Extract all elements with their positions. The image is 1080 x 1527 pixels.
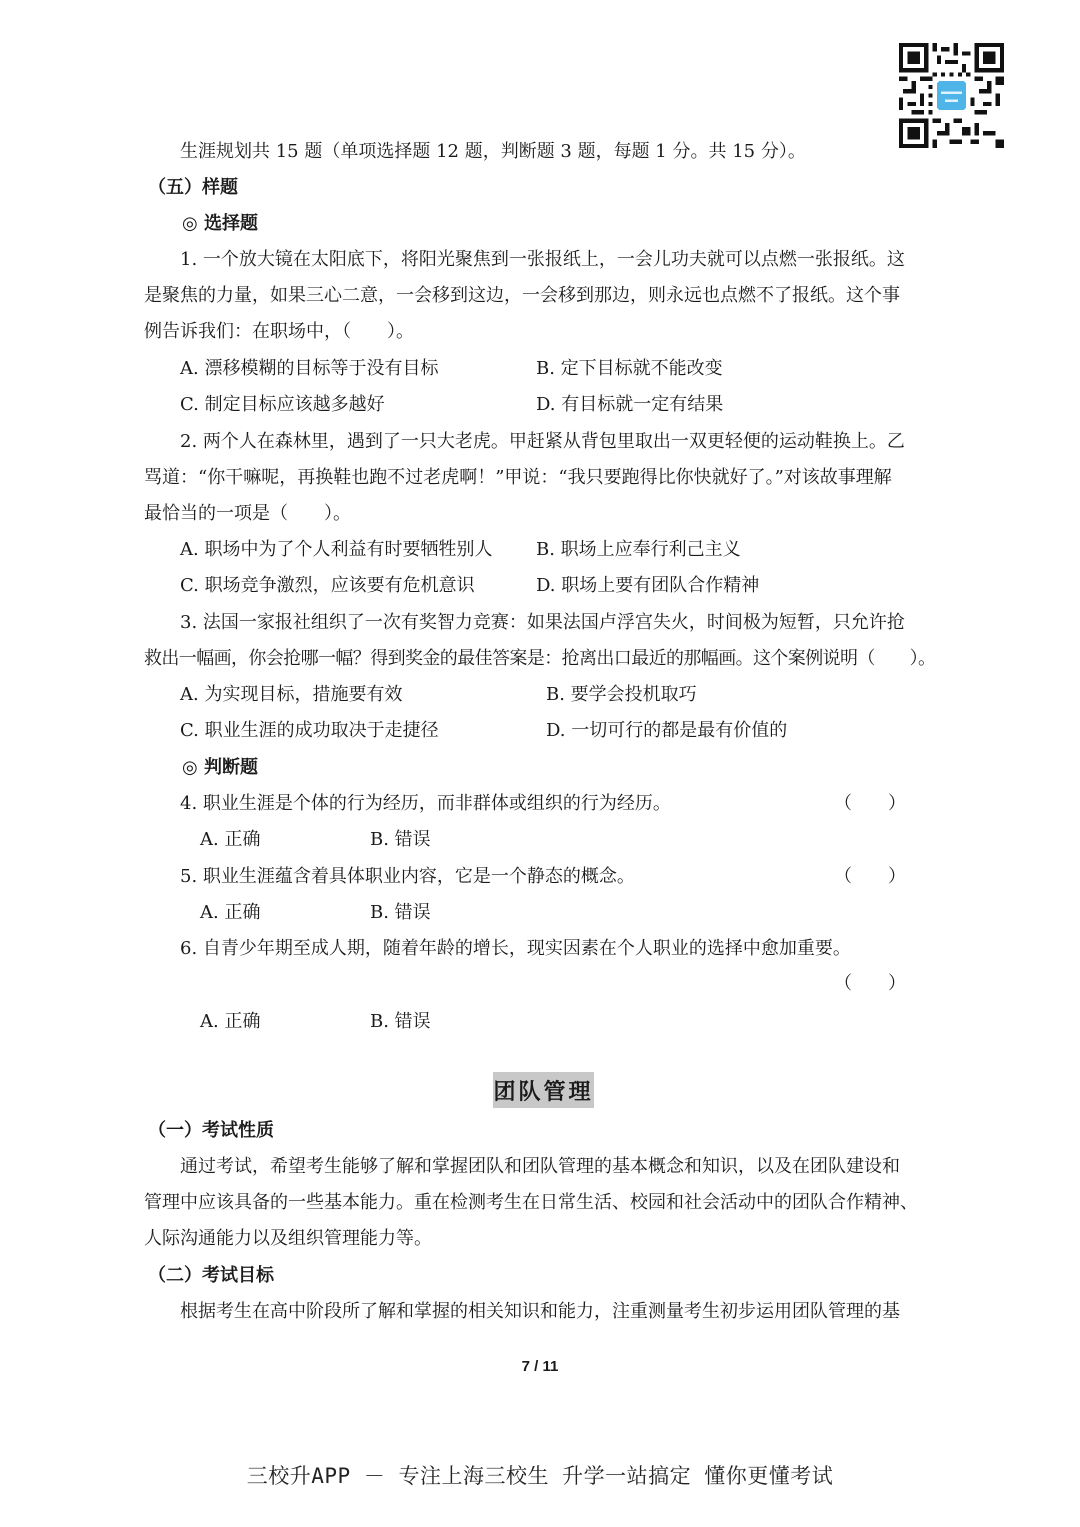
question-1-line-1: 1. 一个放大镜在太阳底下，将阳光聚焦到一张报纸上，一会儿功夫就可以点燃一张报纸… bbox=[180, 242, 905, 278]
footer-slogan: 三校升APP － 专注上海三校生 升学一站搞定 懂你更懂考试 bbox=[0, 1460, 1080, 1490]
option-true: A. 正确 bbox=[200, 1004, 260, 1040]
option-a: A. 漂移模糊的目标等于没有目标 bbox=[180, 351, 438, 387]
section-title-team-management: 团队管理 bbox=[493, 1072, 594, 1108]
judge-question-4-text: 4. 职业生涯是个体的行为经历，而非群体或组织的行为经历。 bbox=[180, 786, 671, 822]
option-d: D. 职场上要有团队合作精神 bbox=[536, 568, 759, 604]
question-1-line-3: 例告诉我们：在职场中，（ ）。 bbox=[144, 314, 414, 350]
option-d: D. 一切可行的都是最有价值的 bbox=[546, 713, 787, 749]
intro-line: 生涯规划共 15 题（单项选择题 12 题，判断题 3 题，每题 1 分。共 1… bbox=[180, 134, 806, 170]
question-3-line-1: 3. 法国一家报社组织了一次有奖智力竞赛：如果法国卢浮宫失火，时间极为短暂，只允… bbox=[180, 605, 905, 641]
option-false: B. 错误 bbox=[370, 1004, 431, 1040]
option-b: B. 职场上应奉行利己主义 bbox=[536, 532, 741, 568]
answer-parentheses: （ ） bbox=[834, 966, 906, 1002]
option-b: B. 定下目标就不能改变 bbox=[536, 351, 723, 387]
question-2-line-3: 最恰当的一项是（ ）。 bbox=[144, 496, 351, 532]
answer-parentheses: （ ） bbox=[834, 859, 906, 895]
section-heading-samples: （五）样题 bbox=[148, 170, 238, 206]
exam-nature-line-3: 人际沟通能力以及组织管理能力等。 bbox=[144, 1221, 432, 1257]
option-d: D. 有目标就一定有结果 bbox=[536, 387, 723, 423]
option-true: A. 正确 bbox=[200, 822, 260, 858]
question-2-line-2: 骂道：“你干嘛呢，再换鞋也跑不过老虎啊！”甲说：“我只要跑得比你快就好了。”对该… bbox=[144, 460, 892, 496]
question-1-line-2: 是聚焦的力量，如果三心二意，一会移到这边，一会移到那边，则永远也点燃不了报纸。这… bbox=[144, 278, 900, 314]
option-true: A. 正确 bbox=[200, 895, 260, 931]
answer-parentheses: （ ） bbox=[834, 786, 906, 822]
exam-nature-line-1: 通过考试，希望考生能够了解和掌握团队和团队管理的基本概念和知识，以及在团队建设和 bbox=[180, 1149, 900, 1185]
exam-goal-line-1: 根据考生在高中阶段所了解和掌握的相关知识和能力，注重测量考生初步运用团队管理的基 bbox=[180, 1294, 900, 1330]
option-c: C. 职业生涯的成功取决于走捷径 bbox=[180, 713, 439, 749]
judge-question-6-text: 6. 自青少年期至成人期，随着年龄的增长，现实因素在个人职业的选择中愈加重要。 bbox=[180, 931, 851, 967]
option-c: C. 职场竞争激烈，应该要有危机意识 bbox=[180, 568, 475, 604]
question-2-line-1: 2. 两个人在森林里，遇到了一只大老虎。甲赶紧从背包里取出一双更轻便的运动鞋换上… bbox=[180, 424, 905, 460]
question-3-line-2: 救出一幅画，你会抢哪一幅？得到奖金的最佳答案是：抢离出口最近的那幅画。这个案例说… bbox=[144, 641, 935, 677]
page-number: 7 / 11 bbox=[0, 1358, 1080, 1375]
qr-code bbox=[899, 43, 1004, 148]
option-a: A. 为实现目标，措施要有效 bbox=[180, 677, 402, 713]
exam-goal-heading: （二）考试目标 bbox=[148, 1258, 274, 1294]
option-c: C. 制定目标应该越多越好 bbox=[180, 387, 385, 423]
option-a: A. 职场中为了个人利益有时要牺牲别人 bbox=[180, 532, 492, 568]
exam-nature-heading: （一）考试性质 bbox=[148, 1113, 274, 1149]
qr-code-icon bbox=[899, 43, 1004, 148]
judge-heading: ◎ 判断题 bbox=[182, 750, 258, 786]
option-b: B. 要学会投机取巧 bbox=[546, 677, 697, 713]
option-false: B. 错误 bbox=[370, 895, 431, 931]
judge-question-5-text: 5. 职业生涯蕴含着具体职业内容，它是一个静态的概念。 bbox=[180, 859, 635, 895]
exam-nature-line-2: 管理中应该具备的一些基本能力。重在检测考生在日常生活、校园和社会活动中的团队合作… bbox=[144, 1185, 918, 1221]
choice-heading: ◎ 选择题 bbox=[182, 206, 258, 242]
option-false: B. 错误 bbox=[370, 822, 431, 858]
